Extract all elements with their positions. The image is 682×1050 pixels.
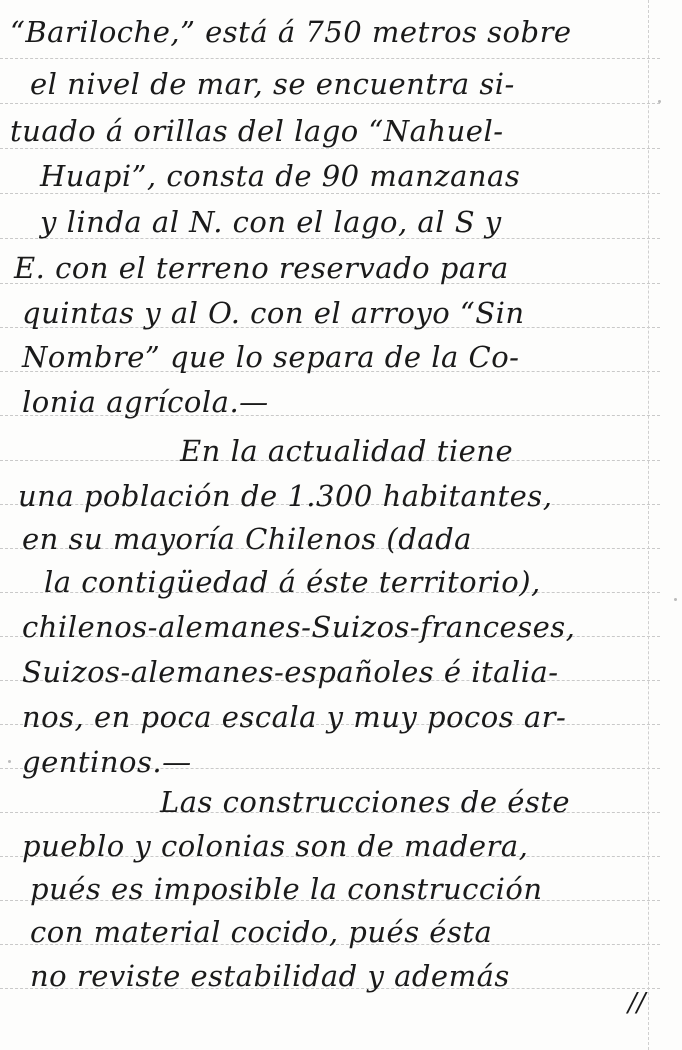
ruled-line: [0, 58, 660, 59]
manuscript-line: Suizos-alemanes-españoles é italia-: [22, 658, 559, 687]
paper-speck: [674, 598, 677, 601]
manuscript-line: gentinos.—: [22, 748, 192, 777]
manuscript-line: la contigüedad á éste territorio),: [44, 568, 541, 597]
manuscript-line: con material cocido, pués ésta: [30, 918, 492, 947]
manuscript-line: Las construcciones de éste: [160, 788, 570, 817]
manuscript-line: Nombre” que lo separa de la Co-: [22, 343, 519, 372]
manuscript-page: “Bariloche,” está á 750 metros sobreel n…: [0, 0, 682, 1050]
manuscript-line: el nivel de mar, se encuentra si-: [30, 70, 515, 99]
manuscript-line: E. con el terreno reservado para: [14, 254, 509, 283]
manuscript-line: “Bariloche,” está á 750 metros sobre: [10, 18, 572, 47]
manuscript-line: pueblo y colonias son de madera,: [22, 832, 528, 861]
paper-speck: [658, 100, 661, 103]
ruled-line: [0, 103, 660, 104]
manuscript-line: pués es imposible la construcción: [30, 875, 543, 904]
manuscript-line: Huapi”, consta de 90 manzanas: [40, 162, 520, 191]
manuscript-line: lonia agrícola.—: [22, 388, 269, 417]
manuscript-line: una población de 1.300 habitantes,: [18, 482, 552, 511]
paper-speck: [8, 760, 11, 763]
continuation-mark: //: [628, 990, 646, 1016]
manuscript-line: y linda al N. con el lago, al S y: [40, 208, 502, 237]
manuscript-line: en su mayoría Chilenos (dada: [22, 525, 472, 554]
right-margin-line: [648, 0, 649, 1050]
manuscript-line: no reviste estabilidad y además: [30, 962, 510, 991]
manuscript-line: En la actualidad tiene: [180, 437, 513, 466]
manuscript-line: tuado á orillas del lago “Nahuel-: [10, 117, 504, 146]
ruled-line: [0, 148, 660, 149]
manuscript-line: nos, en poca escala y muy pocos ar-: [22, 703, 566, 732]
manuscript-line: chilenos-alemanes-Suizos-franceses,: [22, 613, 575, 642]
ruled-line: [0, 193, 660, 194]
manuscript-line: quintas y al O. con el arroyo “Sin: [22, 299, 525, 328]
